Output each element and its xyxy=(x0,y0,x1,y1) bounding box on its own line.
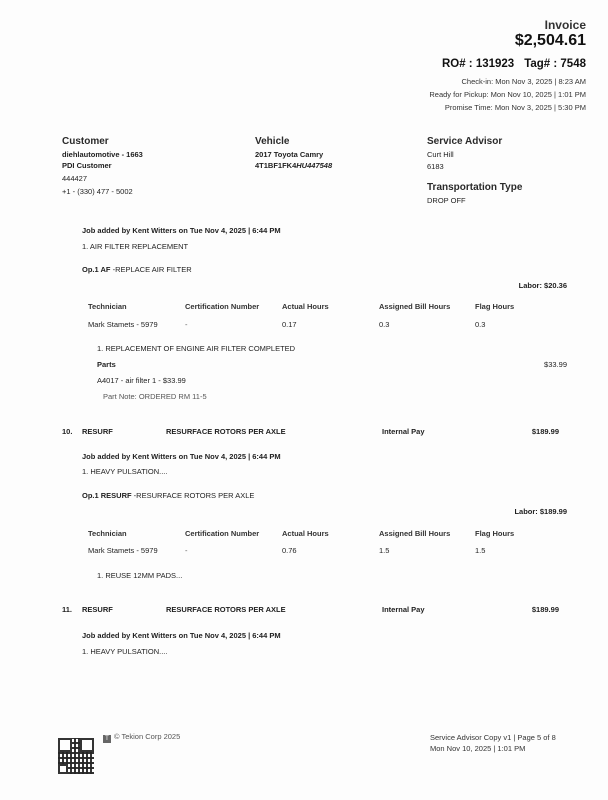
footer-copyright: T© Tekion Corp 2025 xyxy=(103,732,180,743)
ready-for-pickup-time: Ready for Pickup: Mon Nov 10, 2025 | 1:0… xyxy=(429,90,586,99)
technician-name: Mark Stamets - 5979 xyxy=(88,320,158,329)
promise-time: Promise Time: Mon Nov 3, 2025 | 5:30 PM xyxy=(445,103,586,112)
job-added-by: Job added by Kent Witters on Tue Nov 4, … xyxy=(82,452,281,461)
job-code: RESURF xyxy=(82,605,113,614)
part-note: Part Note: ORDERED RM 11-5 xyxy=(103,392,207,401)
actual-hours: 0.76 xyxy=(282,546,297,555)
job-code: RESURF xyxy=(82,427,113,436)
col-certification: Certification Number xyxy=(185,529,259,538)
certification-number: - xyxy=(185,546,188,555)
col-technician: Technician xyxy=(88,529,127,538)
job-correction: 1. REPLACEMENT OF ENGINE AIR FILTER COMP… xyxy=(97,344,295,353)
assigned-bill-hours: 0.3 xyxy=(379,320,389,329)
parts-total: $33.99 xyxy=(544,360,567,369)
technician-name: Mark Stamets - 5979 xyxy=(88,546,158,555)
op-description: -RESURFACE ROTORS PER AXLE xyxy=(132,491,255,500)
actual-hours: 0.17 xyxy=(282,320,297,329)
op-code: Op.1 AF xyxy=(82,265,110,274)
ro-number: RO# : 131923 xyxy=(442,58,514,70)
transportation-type-label: Transportation Type xyxy=(427,182,522,193)
ro-tag-line: RO# : 131923Tag# : 7548 xyxy=(442,58,586,70)
customer-label: Customer xyxy=(62,136,143,147)
labor-total: Labor: $189.99 xyxy=(514,507,567,516)
vin-prefix: 4T1BF1FK4 xyxy=(255,161,296,170)
service-advisor-name: Curt Hill xyxy=(427,150,522,159)
job-correction: 1. REUSE 12MM PADS... xyxy=(97,571,182,580)
vehicle-label: Vehicle xyxy=(255,136,332,147)
vehicle-section: Vehicle 2017 Toyota Camry 4T1BF1FK4HU447… xyxy=(255,136,332,170)
job-title: RESURFACE ROTORS PER AXLE xyxy=(166,427,286,436)
customer-section: Customer diehlautomotive - 1663 PDI Cust… xyxy=(62,136,143,196)
job-number: 11. xyxy=(62,605,72,614)
technician-table-header: Technician Certification Number Actual H… xyxy=(88,302,568,314)
service-advisor-id: 6183 xyxy=(427,162,522,171)
job-pay-type: Internal Pay xyxy=(382,427,425,436)
footer-printed-time: Mon Nov 10, 2025 | 1:01 PM xyxy=(430,744,525,753)
job-added-by: Job added by Kent Witters on Tue Nov 4, … xyxy=(82,226,281,235)
col-technician: Technician xyxy=(88,302,127,311)
job-concern: 1. HEAVY PULSATION.... xyxy=(82,647,167,656)
flag-hours: 0.3 xyxy=(475,320,485,329)
table-row: Mark Stamets - 5979 - 0.76 1.5 1.5 xyxy=(88,546,568,558)
check-in-time: Check-in: Mon Nov 3, 2025 | 8:23 AM xyxy=(461,77,586,86)
labor-total: Labor: $20.36 xyxy=(519,281,567,290)
service-advisor-section: Service Advisor Curt Hill 6183 Transport… xyxy=(427,136,522,205)
vehicle-vin: 4T1BF1FK4HU447548 xyxy=(255,161,332,170)
part-line: A4017 - air filter 1 - $33.99 xyxy=(97,376,186,385)
col-actual-hours: Actual Hours xyxy=(282,302,329,311)
job-concern: 1. AIR FILTER REPLACEMENT xyxy=(82,242,188,251)
copyright-text: © Tekion Corp 2025 xyxy=(114,732,180,741)
op-code: Op.1 RESURF xyxy=(82,491,132,500)
job-concern: 1. HEAVY PULSATION.... xyxy=(82,467,167,476)
document-title: Invoice xyxy=(545,18,586,32)
vin-suffix: HU447548 xyxy=(296,161,332,170)
invoice-total: $2,504.61 xyxy=(515,32,586,50)
job-amount: $189.99 xyxy=(532,427,559,436)
job-added-by: Job added by Kent Witters on Tue Nov 4, … xyxy=(82,631,281,640)
col-assigned-bill-hours: Assigned Bill Hours xyxy=(379,302,450,311)
vehicle-description: 2017 Toyota Camry xyxy=(255,150,332,159)
op-description: -REPLACE AIR FILTER xyxy=(110,265,191,274)
parts-label: Parts xyxy=(97,360,116,369)
job-number: 10. xyxy=(62,427,72,436)
col-flag-hours: Flag Hours xyxy=(475,529,514,538)
assigned-bill-hours: 1.5 xyxy=(379,546,389,555)
tag-number: Tag# : 7548 xyxy=(524,58,586,70)
job-amount: $189.99 xyxy=(532,605,559,614)
customer-phone: +1 - (330) 477 - 5002 xyxy=(62,187,143,196)
tekion-logo-icon: T xyxy=(103,735,111,743)
certification-number: - xyxy=(185,320,188,329)
technician-table-header: Technician Certification Number Actual H… xyxy=(88,529,568,541)
col-actual-hours: Actual Hours xyxy=(282,529,329,538)
service-advisor-label: Service Advisor xyxy=(427,136,522,147)
job-title: RESURFACE ROTORS PER AXLE xyxy=(166,605,286,614)
transportation-type-value: DROP OFF xyxy=(427,196,522,205)
job-pay-type: Internal Pay xyxy=(382,605,425,614)
col-certification: Certification Number xyxy=(185,302,259,311)
col-flag-hours: Flag Hours xyxy=(475,302,514,311)
table-row: Mark Stamets - 5979 - 0.17 0.3 0.3 xyxy=(88,320,568,332)
col-assigned-bill-hours: Assigned Bill Hours xyxy=(379,529,450,538)
footer-copy-info: Service Advisor Copy v1 | Page 5 of 8 xyxy=(430,733,556,742)
customer-account: diehlautomotive - 1663 xyxy=(62,150,143,159)
customer-id: 444427 xyxy=(62,174,143,183)
operation-line: Op.1 AF -REPLACE AIR FILTER xyxy=(82,265,192,274)
customer-name: PDI Customer xyxy=(62,161,143,170)
qr-code xyxy=(58,738,94,774)
operation-line: Op.1 RESURF -RESURFACE ROTORS PER AXLE xyxy=(82,491,254,500)
flag-hours: 1.5 xyxy=(475,546,485,555)
